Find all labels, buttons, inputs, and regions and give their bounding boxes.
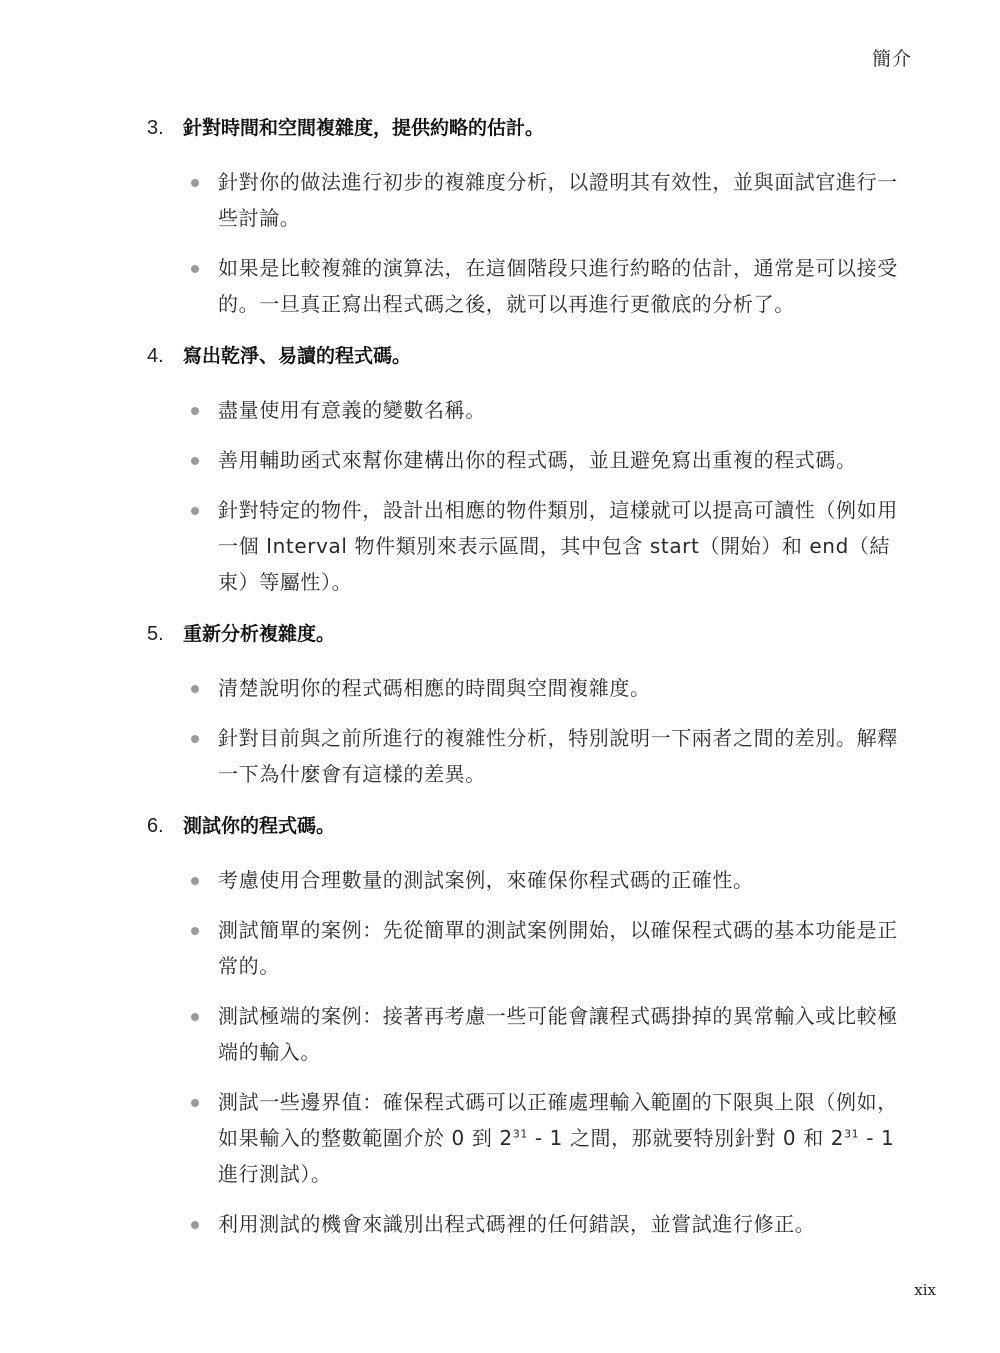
step-heading: 6. 測試你的程式碼。 — [147, 810, 917, 842]
bullet-dot-icon — [191, 179, 199, 187]
bullet-dot-icon — [191, 407, 199, 415]
bullet-item: 盡量使用有意義的變數名稱。 — [147, 392, 917, 428]
bullet-dot-icon — [191, 265, 199, 273]
bullet-dot-icon — [191, 735, 199, 743]
bullet-item: 針對目前與之前所進行的複雜性分析，特別說明一下兩者之間的差別。解釋一下為什麼會有… — [147, 720, 917, 792]
step-3: 3. 針對時間和空間複雜度，提供約略的估計。 針對你的做法進行初步的複雜度分析，… — [147, 112, 917, 322]
step-title: 重新分析複雜度。 — [183, 618, 335, 650]
step-5: 5. 重新分析複雜度。 清楚說明你的程式碼相應的時間與空間複雜度。 針對目前與之… — [147, 618, 917, 792]
bullet-dot-icon — [191, 507, 199, 515]
running-header-title: 簡介 — [872, 44, 912, 71]
bullet-dot-icon — [191, 1013, 199, 1021]
bullet-text: 測試極端的案例：接著再考慮一些可能會讓程式碼掛掉的異常輸入或比較極端的輸入。 — [218, 1004, 898, 1064]
bullet-text: 針對目前與之前所進行的複雜性分析，特別說明一下兩者之間的差別。解釋一下為什麼會有… — [218, 726, 898, 786]
bullet-item: 如果是比較複雜的演算法，在這個階段只進行約略的估計，通常是可以接受的。一旦真正寫… — [147, 250, 917, 322]
bullet-text: 善用輔助函式來幫你建構出你的程式碼，並且避免寫出重複的程式碼。 — [218, 448, 857, 472]
bullet-dot-icon — [191, 877, 199, 885]
bullet-item: 針對你的做法進行初步的複雜度分析，以證明其有效性，並與面試官進行一些討論。 — [147, 164, 917, 236]
bullet-text: 針對你的做法進行初步的複雜度分析，以證明其有效性，並與面試官進行一些討論。 — [218, 170, 898, 230]
step-heading: 4. 寫出乾淨、易讀的程式碼。 — [147, 340, 917, 372]
bullet-text: 盡量使用有意義的變數名稱。 — [218, 398, 486, 422]
bullet-list: 盡量使用有意義的變數名稱。 善用輔助函式來幫你建構出你的程式碼，並且避免寫出重複… — [147, 392, 917, 600]
step-number: 4. — [147, 340, 183, 372]
step-number: 6. — [147, 810, 183, 842]
step-title: 測試你的程式碼。 — [183, 810, 335, 842]
bullet-text-part: - 1 之間，那就要特別針對 0 和 2 — [528, 1126, 844, 1150]
bullet-list: 清楚說明你的程式碼相應的時間與空間複雜度。 針對目前與之前所進行的複雜性分析，特… — [147, 670, 917, 792]
exponent: 31 — [513, 1127, 528, 1140]
bullet-list: 針對你的做法進行初步的複雜度分析，以證明其有效性，並與面試官進行一些討論。 如果… — [147, 164, 917, 322]
bullet-dot-icon — [191, 685, 199, 693]
bullet-dot-icon — [191, 927, 199, 935]
bullet-item: 考慮使用合理數量的測試案例，來確保你程式碼的正確性。 — [147, 862, 917, 898]
bullet-dot-icon — [191, 1221, 199, 1229]
step-title: 寫出乾淨、易讀的程式碼。 — [183, 340, 411, 372]
step-number: 3. — [147, 112, 183, 144]
page-number: xix — [914, 1281, 936, 1299]
step-4: 4. 寫出乾淨、易讀的程式碼。 盡量使用有意義的變數名稱。 善用輔助函式來幫你建… — [147, 340, 917, 600]
bullet-dot-icon — [191, 457, 199, 465]
bullet-item: 善用輔助函式來幫你建構出你的程式碼，並且避免寫出重複的程式碼。 — [147, 442, 917, 478]
exponent: 31 — [844, 1127, 859, 1140]
bullet-item: 測試極端的案例：接著再考慮一些可能會讓程式碼掛掉的異常輸入或比較極端的輸入。 — [147, 998, 917, 1070]
bullet-text: 考慮使用合理數量的測試案例，來確保你程式碼的正確性。 — [218, 868, 754, 892]
bullet-item: 測試簡單的案例：先從簡單的測試案例開始，以確保程式碼的基本功能是正常的。 — [147, 912, 917, 984]
step-title: 針對時間和空間複雜度，提供約略的估計。 — [183, 112, 544, 144]
step-heading: 3. 針對時間和空間複雜度，提供約略的估計。 — [147, 112, 917, 144]
bullet-list: 考慮使用合理數量的測試案例，來確保你程式碼的正確性。 測試簡單的案例：先從簡單的… — [147, 862, 917, 1242]
bullet-item-boundary-values: 測試一些邊界值：確保程式碼可以正確處理輸入範圍的下限與上限（例如，如果輸入的整數… — [147, 1084, 917, 1192]
bullet-text: 針對特定的物件，設計出相應的物件類別，這樣就可以提高可讀性（例如用一個 Inte… — [218, 498, 898, 594]
bullet-text: 如果是比較複雜的演算法，在這個階段只進行約略的估計，通常是可以接受的。一旦真正寫… — [218, 256, 898, 316]
bullet-item: 利用測試的機會來識別出程式碼裡的任何錯誤，並嘗試進行修正。 — [147, 1206, 917, 1242]
step-6: 6. 測試你的程式碼。 考慮使用合理數量的測試案例，來確保你程式碼的正確性。 測… — [147, 810, 917, 1242]
bullet-text: 清楚說明你的程式碼相應的時間與空間複雜度。 — [218, 676, 651, 700]
page-content: 3. 針對時間和空間複雜度，提供約略的估計。 針對你的做法進行初步的複雜度分析，… — [147, 112, 917, 1260]
bullet-text: 利用測試的機會來識別出程式碼裡的任何錯誤，並嘗試進行修正。 — [218, 1212, 815, 1236]
bullet-dot-icon — [191, 1099, 199, 1107]
bullet-item: 針對特定的物件，設計出相應的物件類別，這樣就可以提高可讀性（例如用一個 Inte… — [147, 492, 917, 600]
step-heading: 5. 重新分析複雜度。 — [147, 618, 917, 650]
bullet-item: 清楚說明你的程式碼相應的時間與空間複雜度。 — [147, 670, 917, 706]
bullet-text: 測試簡單的案例：先從簡單的測試案例開始，以確保程式碼的基本功能是正常的。 — [218, 918, 898, 978]
step-number: 5. — [147, 618, 183, 650]
